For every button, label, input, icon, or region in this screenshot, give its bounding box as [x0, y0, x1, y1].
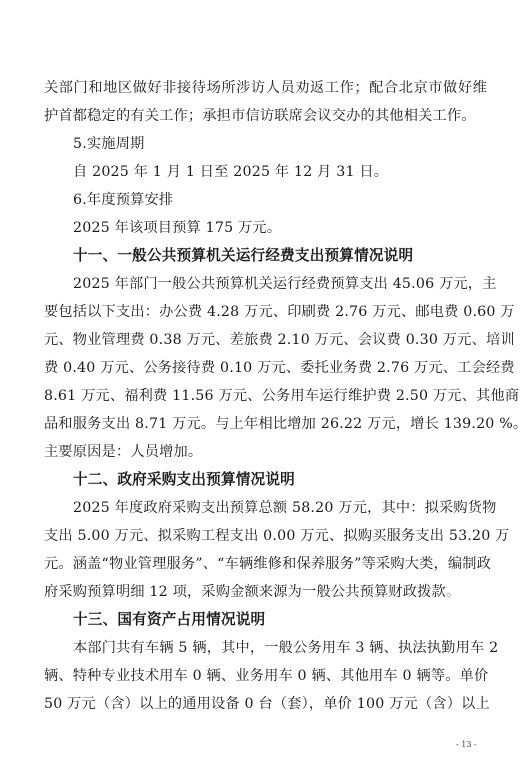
document-page: 关部门和地区做好非接待场所涉访人员劝返工作；配合北京市做好维 护首都稳定的有关工… [0, 0, 531, 758]
page-number: - 13 - [456, 740, 477, 749]
paragraph-line: 关部门和地区做好非接待场所涉访人员劝返工作；配合北京市做好维 [44, 78, 487, 98]
paragraph-text: 府采购预算明细 12 项，采购金额来源为一般公共预算财政拨款 [44, 584, 446, 600]
paragraph-line: 元、物业管理费 0.38 万元、差旅费 2.10 万元、会议费 0.30 万元、… [44, 330, 487, 350]
section-heading-13: 十三、国有资产占用情况说明 [73, 610, 487, 630]
paragraph-line: 2025 年部门一般公共预算机关运行经费预算支出 45.06 万元，主 [73, 274, 487, 294]
paragraph-line: 费 0.40 万元、公务接待费 0.10 万元、委托业务费 2.76 万元、工会… [44, 358, 487, 378]
paragraph-line: 护首都稳定的有关工作；承担市信访联席会议交办的其他相关工作。 [44, 106, 487, 126]
paragraph-line: 元。涵盖“物业管理服务”、“车辆维修和保养服务”等采购大类，编制政 [44, 554, 487, 574]
paragraph-line: 品和服务支出 8.71 万元。与上年相比增加 26.22 万元，增长 139.2… [44, 414, 487, 434]
paragraph-line: 主要原因是：人员增加。 [44, 442, 487, 462]
paragraph-line: 要包括以下支出：办公费 4.28 万元、印刷费 2.76 万元、邮电费 0.60… [44, 302, 487, 322]
paragraph-line: 支出 5.00 万元、拟采购工程支出 0.00 万元、拟购买服务支出 53.20… [44, 526, 487, 546]
paragraph-line: 自 2025 年 1 月 1 日至 2025 年 12 月 31 日。 [73, 162, 487, 182]
paragraph-line: 本部门共有车辆 5 辆，其中，一般公务用车 3 辆、执法执勤用车 2 [73, 638, 487, 658]
paragraph-line: 2025 年度政府采购支出预算总额 58.20 万元，其中：拟采购货物 [73, 498, 487, 518]
subsection-title: 5.实施周期 [73, 134, 487, 154]
paragraph-line: 8.61 万元、福利费 11.56 万元、公务用车运行维护费 2.50 万元、其… [44, 386, 487, 406]
trailing-period: 。 [446, 584, 460, 600]
subsection-title: 6.年度预算安排 [73, 190, 487, 210]
section-heading-11: 十一、一般公共预算机关运行经费支出预算情况说明 [73, 246, 487, 266]
paragraph-line: 府采购预算明细 12 项，采购金额来源为一般公共预算财政拨款。 [44, 582, 487, 602]
paragraph-line: 50 万元（含）以上的通用设备 0 台（套），单价 100 万元（含）以上 [44, 694, 487, 714]
section-heading-12: 十二、政府采购支出预算情况说明 [73, 470, 487, 490]
paragraph-line: 2025 年该项目预算 175 万元。 [73, 218, 487, 238]
paragraph-line: 辆、特种专业技术用车 0 辆、业务用车 0 辆、其他用车 0 辆等。单价 [44, 666, 487, 686]
